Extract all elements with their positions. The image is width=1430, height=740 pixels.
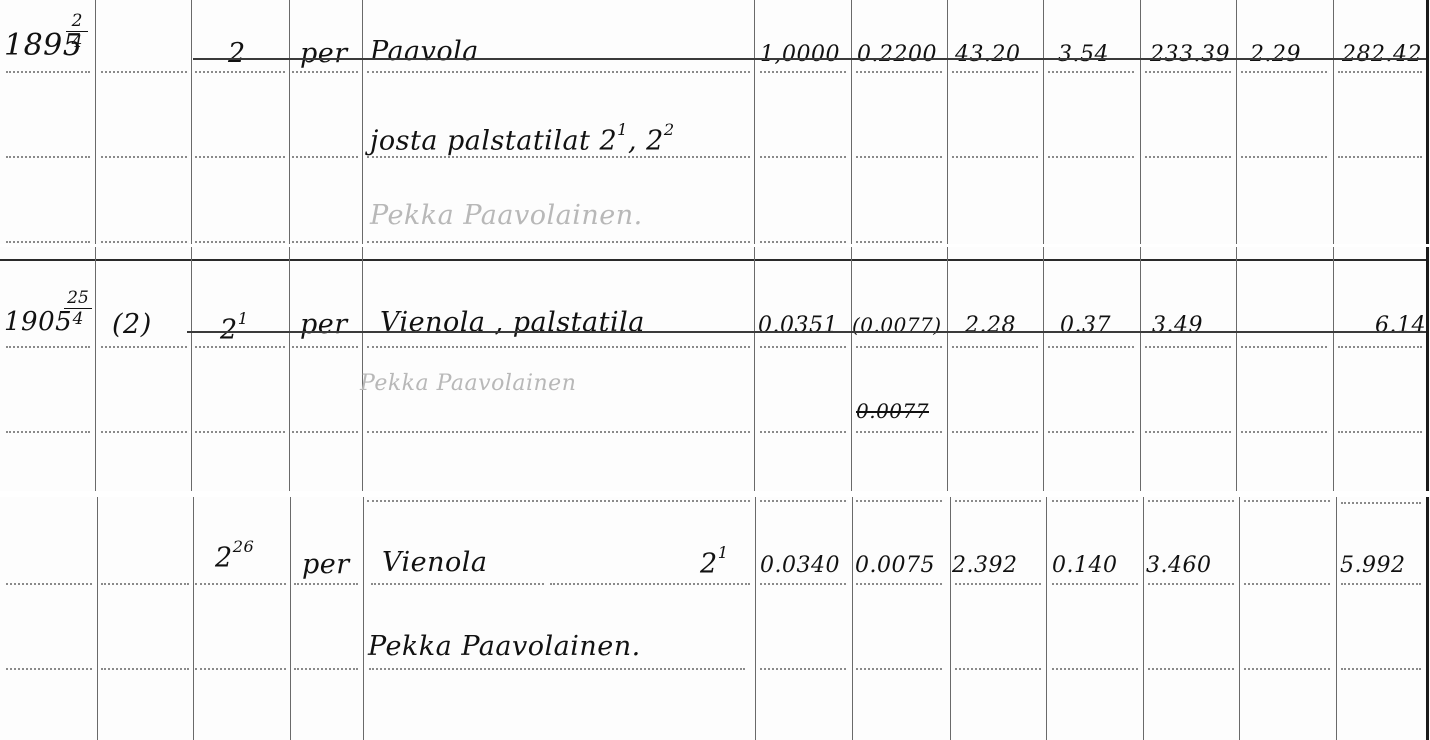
value-cell: 0.0351 [758, 313, 838, 338]
column-divider [947, 0, 948, 244]
dotted-rule [294, 583, 358, 585]
dotted-rule [550, 583, 750, 585]
dotted-rule [760, 156, 846, 158]
dotted-rule [1244, 583, 1330, 585]
value-cell: 0.37 [1060, 313, 1111, 338]
dotted-rule [195, 583, 286, 585]
section-rule [0, 259, 1426, 261]
estate-name: Vienola [382, 547, 488, 578]
dotted-rule [367, 500, 750, 502]
dotted-rule [1052, 668, 1138, 670]
dotted-rule [955, 668, 1041, 670]
dotted-rule [856, 156, 942, 158]
dotted-rule [367, 241, 750, 243]
per-label: per [300, 309, 348, 340]
column-divider [1046, 497, 1047, 740]
column-divider [362, 247, 363, 491]
column-divider [95, 0, 96, 244]
owner-signature: Pekka Paavolainen [360, 371, 576, 396]
dotted-rule [856, 431, 942, 433]
dotted-rule [195, 346, 285, 348]
column-divider [1236, 247, 1237, 491]
value-cell: 43.20 [955, 42, 1020, 67]
ledger-entry-1895: 1895 2 4 2 per Paavola josta palstatilat… [0, 0, 1430, 244]
dotted-rule [6, 583, 92, 585]
value-cell: 0.140 [1052, 553, 1117, 578]
dotted-rule [955, 583, 1041, 585]
dotted-rule [292, 346, 358, 348]
value-cell: 0.0075 [855, 553, 935, 578]
dotted-rule [952, 71, 1038, 73]
value-cell: 2.28 [965, 313, 1016, 338]
date-day: 25 [67, 288, 89, 308]
dotted-rule [952, 431, 1038, 433]
dotted-rule [1338, 431, 1422, 433]
dotted-rule [371, 583, 544, 585]
dotted-rule [6, 241, 90, 243]
dotted-rule [952, 346, 1038, 348]
column-divider [97, 497, 98, 740]
dotted-rule [955, 500, 1041, 502]
column-divider [193, 497, 194, 740]
value-cell: 0.0340 [760, 553, 840, 578]
column-divider [754, 247, 755, 491]
column-divider [191, 247, 192, 491]
column-divider [95, 247, 96, 491]
owner-signature: Pekka Paavolainen. [368, 631, 641, 662]
column-divider [1239, 497, 1240, 740]
dotted-rule [101, 431, 187, 433]
dotted-rule [101, 241, 187, 243]
dotted-rule [6, 346, 90, 348]
dotted-rule [1052, 583, 1138, 585]
column-divider [363, 497, 364, 740]
estate-reference: 21 [700, 543, 729, 580]
entry-date-fraction: 25 4 [64, 289, 92, 328]
column-divider [362, 0, 363, 244]
date-month: 4 [73, 309, 84, 329]
dotted-rule [6, 431, 90, 433]
dotted-rule [760, 431, 846, 433]
dotted-rule [369, 668, 745, 670]
column-divider [851, 0, 852, 244]
ledger-entry-1905: 1905 25 4 (2) 21 per Vienola , palstatil… [0, 247, 1430, 491]
value-cell: 282.42 [1342, 42, 1422, 67]
dotted-rule [1241, 71, 1327, 73]
value-cell: 0.2200 [857, 42, 937, 67]
dotted-rule [1241, 156, 1327, 158]
dotted-rule [760, 668, 846, 670]
parcel-number: 2 [228, 38, 246, 69]
dotted-rule [101, 583, 189, 585]
column-divider [852, 497, 853, 740]
value-cell: (0.0077) [852, 313, 942, 337]
dotted-rule [1338, 71, 1422, 73]
dotted-rule [6, 156, 90, 158]
column-divider [1043, 0, 1044, 244]
column-divider [1143, 497, 1144, 740]
date-month: 4 [72, 32, 83, 52]
column-divider [1140, 247, 1141, 491]
column-divider [1336, 497, 1337, 740]
parcel-number: 226 [215, 537, 254, 574]
dotted-rule [1048, 71, 1134, 73]
date-day: 2 [72, 11, 83, 31]
dotted-rule [292, 431, 358, 433]
page-border [1426, 497, 1429, 740]
dotted-rule [856, 71, 942, 73]
dotted-rule [1341, 583, 1421, 585]
dotted-rule [195, 431, 285, 433]
dotted-rule [1145, 156, 1231, 158]
dotted-rule [952, 156, 1038, 158]
dotted-rule [1145, 346, 1231, 348]
dotted-rule [367, 71, 750, 73]
column-divider [1236, 0, 1237, 244]
dotted-rule [195, 71, 285, 73]
dotted-rule [1148, 500, 1234, 502]
column-divider [289, 247, 290, 491]
value-cell: 3.54 [1058, 42, 1109, 67]
dotted-rule [1148, 668, 1234, 670]
page-border [1426, 0, 1429, 244]
value-cell-correction: 0.0077 [856, 399, 929, 423]
estate-name: Paavola [370, 36, 479, 67]
page-border [1426, 247, 1429, 491]
dotted-rule [101, 346, 187, 348]
dotted-rule [760, 500, 846, 502]
dotted-rule [292, 241, 358, 243]
dotted-rule [856, 346, 942, 348]
dotted-rule [1244, 500, 1330, 502]
owner-signature: Pekka Paavolainen. [370, 200, 643, 231]
column-divider [947, 247, 948, 491]
dotted-rule [195, 241, 285, 243]
dotted-rule [1244, 668, 1330, 670]
column-divider [755, 497, 756, 740]
dotted-rule [101, 156, 187, 158]
value-cell: 6.14 [1375, 313, 1426, 338]
dotted-rule [101, 71, 187, 73]
value-cell: 5.992 [1340, 553, 1405, 578]
dotted-rule [294, 668, 358, 670]
column-divider [1140, 0, 1141, 244]
column-divider [289, 0, 290, 244]
estate-name: Vienola , palstatila [380, 307, 645, 338]
column-divider [290, 497, 291, 740]
column-divider [1043, 247, 1044, 491]
dotted-rule [195, 668, 286, 670]
dotted-rule [292, 71, 358, 73]
dotted-rule [1048, 156, 1134, 158]
entry-year: 1905 [4, 307, 72, 337]
dotted-rule [1048, 431, 1134, 433]
value-cell: 2.392 [952, 553, 1017, 578]
column-divider [1333, 0, 1334, 244]
dotted-rule [1148, 583, 1234, 585]
strikethrough-line [187, 331, 1426, 333]
dotted-rule [760, 241, 846, 243]
column-divider [1333, 247, 1334, 491]
value-cell: 233.39 [1150, 42, 1230, 67]
ledger-entry-current: 226 per Vienola 21 Pekka Paavolainen. 0.… [0, 497, 1430, 740]
previous-number: (2) [112, 309, 152, 340]
value-cell: 1,0000 [760, 42, 840, 67]
dotted-rule [1145, 71, 1231, 73]
column-divider [851, 247, 852, 491]
dotted-rule [195, 156, 285, 158]
strikethrough-line [193, 58, 1426, 60]
dotted-rule [6, 71, 90, 73]
dotted-rule [101, 668, 189, 670]
dotted-rule [6, 668, 92, 670]
dotted-rule [856, 668, 942, 670]
dotted-rule [760, 346, 846, 348]
dotted-rule [856, 241, 942, 243]
value-cell: 3.460 [1146, 553, 1211, 578]
dotted-rule [1145, 431, 1231, 433]
estate-note: josta palstatilat 21, 22 [370, 120, 675, 157]
column-divider [754, 0, 755, 244]
dotted-rule [1338, 156, 1422, 158]
dotted-rule [1341, 668, 1421, 670]
dotted-rule [1048, 346, 1134, 348]
per-label: per [300, 38, 348, 69]
dotted-rule [367, 431, 750, 433]
dotted-rule [760, 583, 846, 585]
dotted-rule [292, 156, 358, 158]
dotted-rule [856, 583, 942, 585]
dotted-rule [1241, 346, 1327, 348]
column-divider [950, 497, 951, 740]
dotted-rule [1338, 346, 1422, 348]
dotted-rule [1241, 431, 1327, 433]
value-cell: 3.49 [1152, 313, 1203, 338]
per-label: per [302, 549, 350, 580]
column-divider [191, 0, 192, 244]
dotted-rule [856, 500, 942, 502]
dotted-rule [1341, 502, 1421, 504]
parcel-number: 21 [220, 309, 249, 346]
dotted-rule [1052, 500, 1138, 502]
entry-date-fraction: 2 4 [66, 12, 88, 51]
value-cell: 2.29 [1250, 42, 1301, 67]
dotted-rule [760, 71, 846, 73]
dotted-rule [367, 346, 750, 348]
